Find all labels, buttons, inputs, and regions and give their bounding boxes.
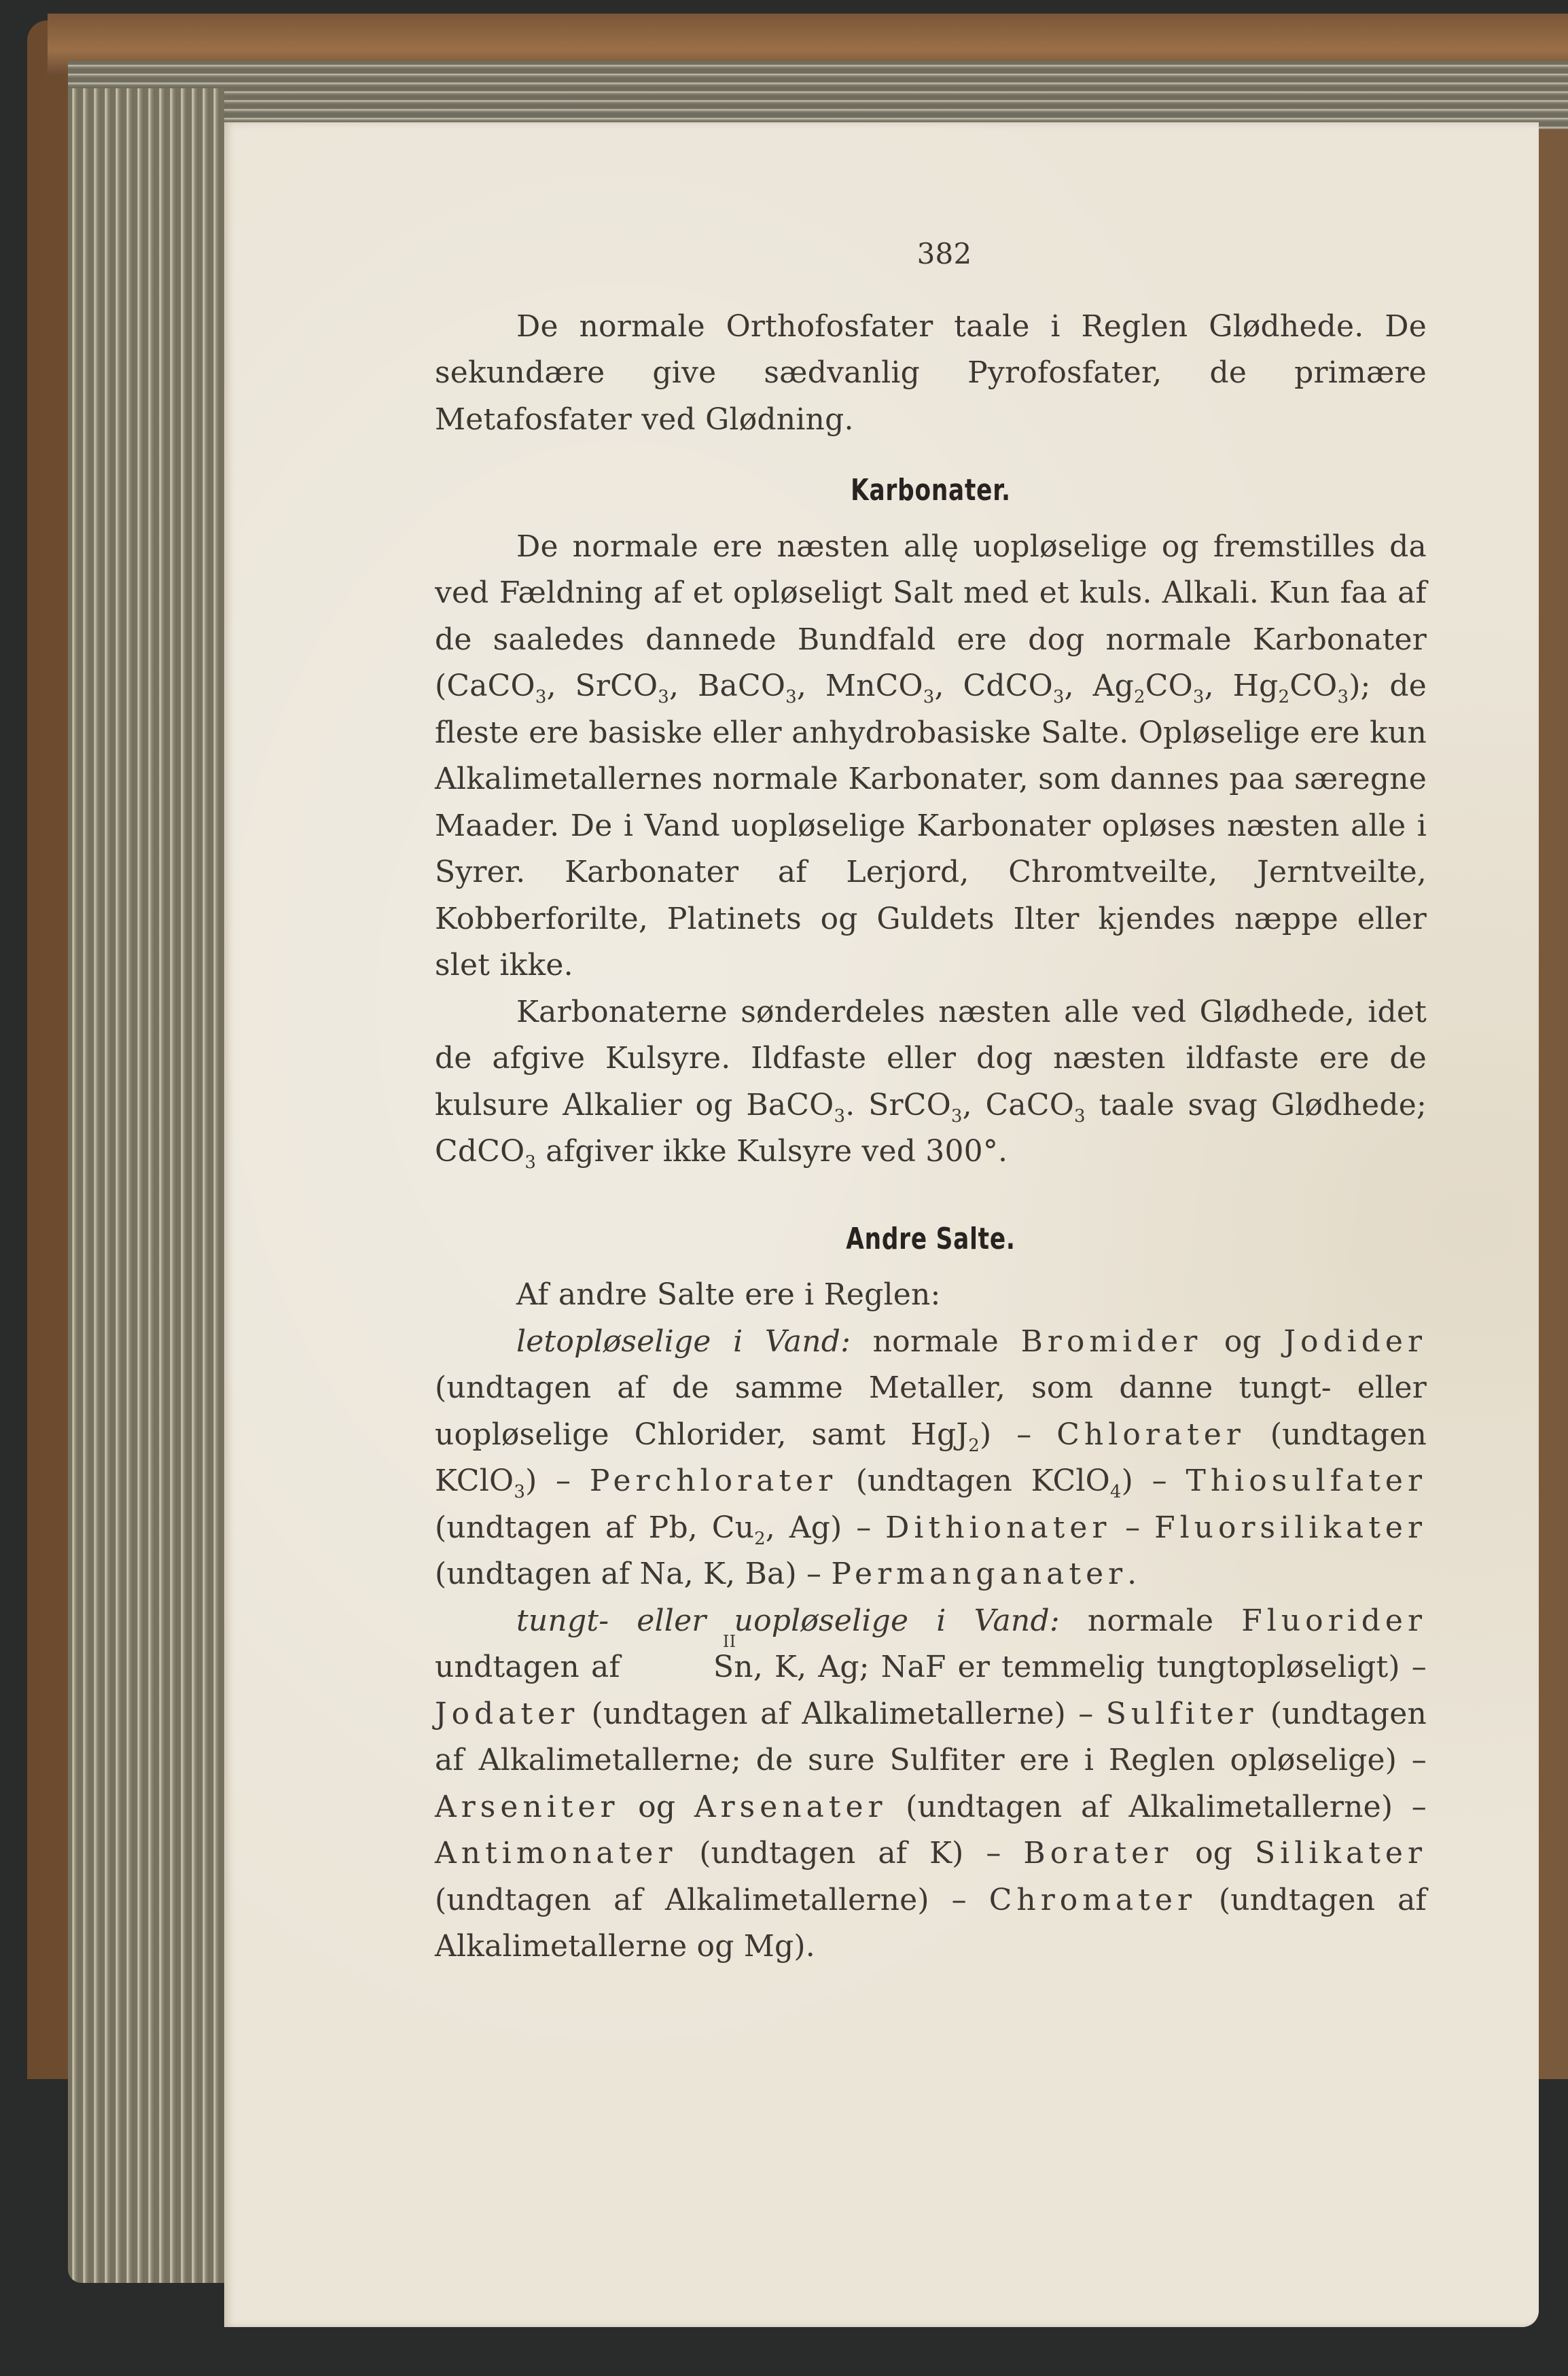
page-edges-left [68,88,224,2283]
karbonater-paragraph-1: De normale ere næsten allę uopløselige o… [435,524,1427,989]
letoploselige-paragraph: letopløselige i Vand: normale Bromider o… [435,1319,1427,1598]
page-edges-top [68,61,1568,129]
intro-paragraph: De normale Orthofosfater taale i Reglen … [435,304,1427,444]
tungtoploselige-paragraph: tungt- eller uopløselige i Vand: normale… [435,1598,1427,1970]
page-text: 382 De normale Orthofosfater taale i Reg… [435,231,1427,1970]
karbonater-paragraph-2: Karbonaterne sønderdeles næsten alle ved… [435,989,1427,1175]
andre-salte-intro: Af andre Salte ere i Reglen: [435,1272,1427,1319]
valence-marked-element: IISn [632,1644,753,1691]
section-heading-karbonater: Karbonater. [544,467,1318,514]
section-heading-andre-salte: Andre Salte. [544,1216,1318,1263]
page-number: 382 [435,231,1427,278]
